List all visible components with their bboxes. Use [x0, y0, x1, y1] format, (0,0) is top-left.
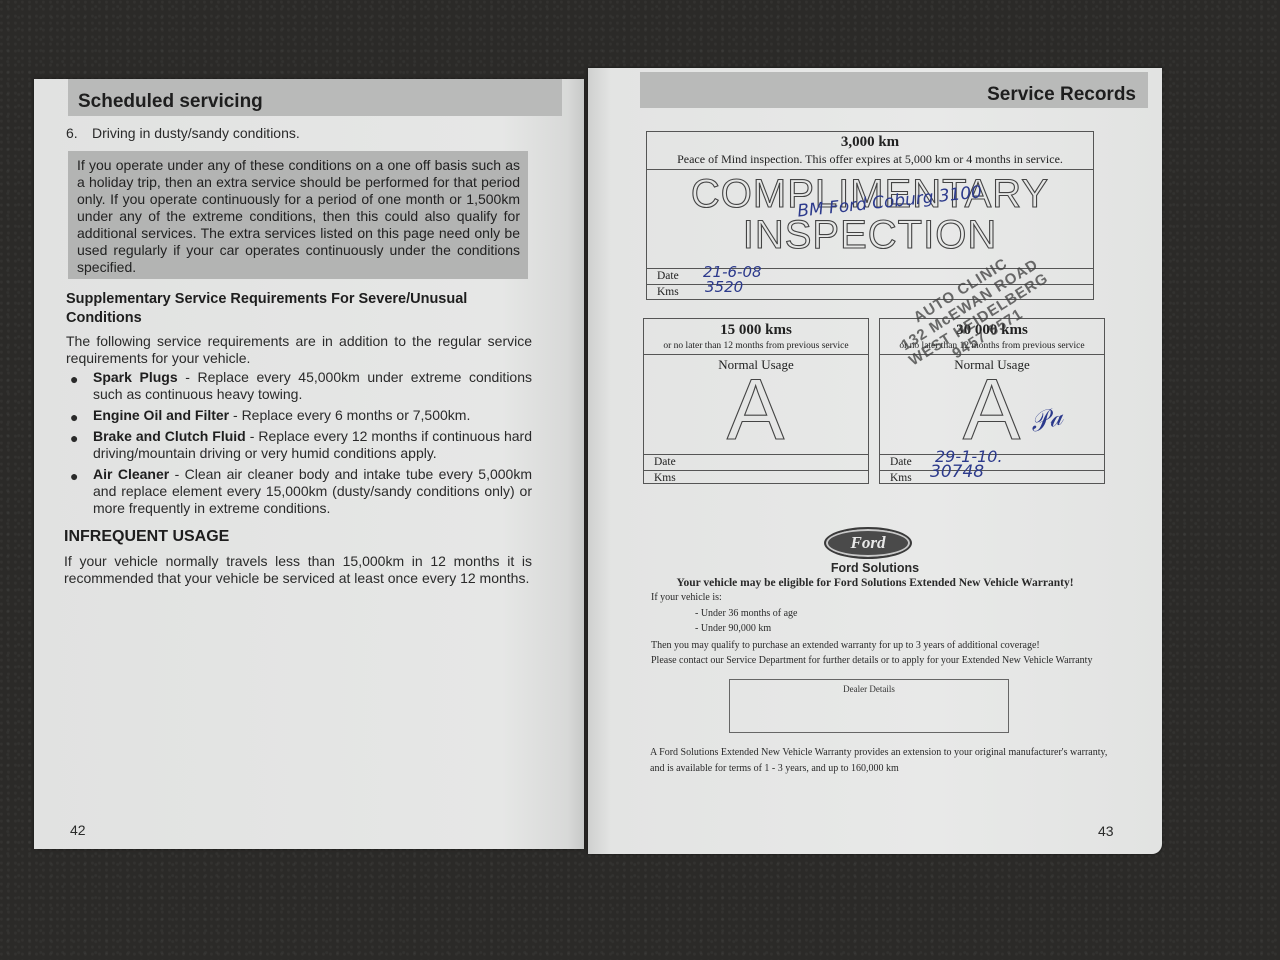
warranty-footer-line: A Ford Solutions Extended New Vehicle Wa… [650, 747, 1107, 759]
warranty-headline: Your vehicle may be eligible for Ford So… [588, 575, 1162, 592]
item-text: Driving in dusty/sandy conditions. [92, 125, 300, 141]
eligibility-condition: - Under 90,000 km [695, 623, 771, 635]
kms-value: 3520 [705, 280, 743, 295]
grade-letter: A [644, 365, 868, 455]
bullet-icon: ● [70, 409, 78, 426]
record-header: 3,000 km Peace of Mind inspection. This … [647, 132, 1093, 170]
bullet-icon: ● [70, 468, 78, 485]
record-header: 15 000 kms or no later than 12 months fr… [644, 319, 868, 355]
infrequent-usage-body: If your vehicle normally travels less th… [64, 553, 532, 587]
bullet-icon: ● [70, 430, 78, 447]
dealer-details-box: Dealer Details [729, 679, 1009, 733]
kms-label: Kms [654, 472, 676, 484]
item-term: Engine Oil and Filter [93, 407, 229, 423]
kms-row: Kms 30748 [880, 471, 1104, 486]
date-row: Date 29-1-10. [880, 455, 1104, 471]
warranty-footer-line: and is available for terms of 1 - 3 year… [650, 763, 899, 775]
record-title: 3,000 km [647, 132, 1093, 152]
eligibility-condition: - Under 36 months of age [695, 608, 797, 620]
date-label: Date [654, 456, 676, 468]
page-number: 43 [1098, 823, 1114, 839]
date-row: Date [644, 455, 868, 471]
record-title: 15 000 kms [644, 319, 868, 340]
grade-letter: A [880, 365, 1104, 455]
record-subtitle: Peace of Mind inspection. This offer exp… [647, 152, 1093, 166]
list-item: ●Spark Plugs - Replace every 45,000km un… [66, 369, 532, 403]
list-item: ●Brake and Clutch Fluid - Replace every … [66, 428, 532, 462]
item-term: Air Cleaner [93, 466, 169, 482]
dealer-details-label: Dealer Details [730, 684, 1008, 694]
infrequent-usage-title: INFREQUENT USAGE [64, 528, 229, 545]
date-label: Date [890, 456, 912, 468]
service-record-15000: 15 000 kms or no later than 12 months fr… [643, 318, 869, 484]
contact-text: Please contact our Service Department fo… [651, 655, 1092, 667]
list-item: ●Engine Oil and Filter - Replace every 6… [66, 407, 532, 424]
eligibility-intro: If your vehicle is: [651, 592, 722, 604]
kms-label: Kms [657, 286, 679, 298]
date-label: Date [657, 270, 679, 282]
kms-row: Kms [644, 471, 868, 486]
section-header: Scheduled servicing [68, 79, 562, 116]
item-number: 6. [66, 125, 92, 142]
note-box: If you operate under any of these condit… [68, 151, 528, 279]
requirements-list: ●Spark Plugs - Replace every 45,000km un… [66, 369, 532, 521]
supplementary-title: Supplementary Service Requirements For S… [66, 290, 536, 328]
section-header: Service Records [640, 72, 1148, 108]
page-number: 42 [70, 822, 86, 838]
qualify-text: Then you may qualify to purchase an exte… [651, 640, 1040, 652]
ford-logo-icon: Ford [824, 527, 912, 559]
list-item-6: 6.Driving in dusty/sandy conditions. [66, 125, 526, 142]
kms-label: Kms [890, 472, 912, 484]
supplementary-intro: The following service requirements are i… [66, 333, 532, 367]
kms-value: 30748 [930, 465, 984, 480]
record-subtitle: or no later than 12 months from previous… [644, 340, 868, 352]
item-term: Spark Plugs [93, 369, 178, 385]
left-page: Scheduled servicing 6.Driving in dusty/s… [34, 79, 584, 849]
item-term: Brake and Clutch Fluid [93, 428, 246, 444]
list-item: ●Air Cleaner - Clean air cleaner body an… [66, 466, 532, 517]
record-body: Normal Usage A 𝒫𝒶 [880, 355, 1104, 455]
bullet-icon: ● [70, 371, 78, 388]
item-text: - Replace every 6 months or 7,500km. [229, 407, 470, 423]
record-body: Normal Usage A [644, 355, 868, 455]
right-page: Service Records 3,000 km Peace of Mind i… [588, 68, 1162, 854]
